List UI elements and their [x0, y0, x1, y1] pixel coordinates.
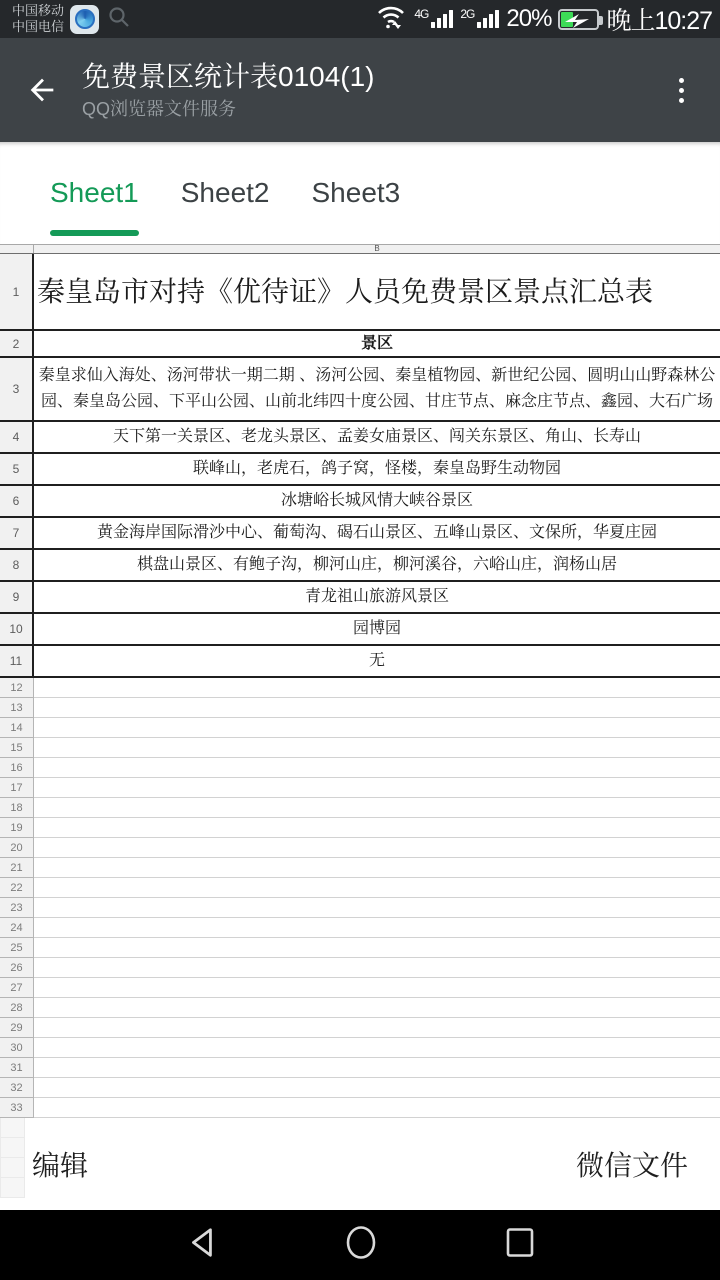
search-icon — [107, 5, 131, 34]
cell-B25[interactable] — [34, 938, 720, 957]
sheet-row-2: 2景区 — [0, 331, 720, 358]
row-number-23[interactable]: 23 — [0, 898, 34, 918]
status-time: 晚上10:27 — [606, 1, 712, 37]
signal-bars-4g: 4G — [414, 10, 453, 28]
cell-B4[interactable]: 天下第一关景区、老龙头景区、孟姜女庙景区、闯关东景区、角山、长寿山 — [34, 422, 720, 452]
wifi-icon — [375, 4, 407, 35]
sheet-row-7: 7黄金海岸国际滑沙中心、葡萄沟、碣石山景区、五峰山景区、文保所，华夏庄园 — [0, 518, 720, 550]
row-number-29[interactable]: 29 — [0, 1018, 34, 1038]
row-number-9[interactable]: 9 — [0, 582, 34, 612]
wechat-file-button[interactable]: 微信文件 — [576, 1144, 688, 1184]
row-number-22[interactable]: 22 — [0, 878, 34, 898]
row-number-20[interactable]: 20 — [0, 838, 34, 858]
clipped-row-headers — [0, 1118, 25, 1198]
sheet-row-18: 18 — [0, 798, 720, 818]
row-number-12[interactable]: 12 — [0, 678, 34, 698]
sheet-row-33: 33 — [0, 1098, 720, 1118]
cell-B12[interactable] — [34, 678, 720, 697]
row-number-18[interactable]: 18 — [0, 798, 34, 818]
sheet-row-26: 26 — [0, 958, 720, 978]
row-number-27[interactable]: 27 — [0, 978, 34, 998]
sheet-row-20: 20 — [0, 838, 720, 858]
phone-screen: 中国移动 中国电信 4G — [0, 0, 720, 1280]
cell-B19[interactable] — [34, 818, 720, 837]
sheet-tab-bar: Sheet1 Sheet2 Sheet3 — [0, 142, 720, 244]
sheet-row-8: 8棋盘山景区、有鲍子沟，柳河山庄，柳河溪谷，六峪山庄，润杨山居 — [0, 550, 720, 582]
row-number-8[interactable]: 8 — [0, 550, 34, 580]
row-number-25[interactable]: 25 — [0, 938, 34, 958]
cell-B8[interactable]: 棋盘山景区、有鲍子沟，柳河山庄，柳河溪谷，六峪山庄，润杨山居 — [34, 550, 720, 580]
row-number-15[interactable]: 15 — [0, 738, 34, 758]
tab-sheet1[interactable]: Sheet1 — [50, 142, 139, 244]
sheet-row-31: 31 — [0, 1058, 720, 1078]
network-4g-label: 4G — [414, 7, 428, 21]
sheet-row-13: 13 — [0, 698, 720, 718]
status-indicators: 4G 2G 20% 晚上10:27 — [375, 1, 712, 37]
row-number-14[interactable]: 14 — [0, 718, 34, 738]
row-number-7[interactable]: 7 — [0, 518, 34, 548]
sheet-row-11: 11无 — [0, 646, 720, 678]
cell-B23[interactable] — [34, 898, 720, 917]
row-number-24[interactable]: 24 — [0, 918, 34, 938]
cell-B3[interactable]: 秦皇求仙入海处、汤河带状一期二期 、汤河公园、秦皇植物园、新世纪公园、圆明山山野… — [34, 358, 720, 420]
sheet-row-32: 32 — [0, 1078, 720, 1098]
row-number-1[interactable]: 1 — [0, 254, 34, 329]
cell-B26[interactable] — [34, 958, 720, 977]
sheet-row-6: 6冰塘峪长城风情大峡谷景区 — [0, 486, 720, 518]
app-header: 免费景区统计表0104(1) QQ浏览器文件服务 — [0, 38, 720, 142]
row-number-30[interactable]: 30 — [0, 1038, 34, 1058]
row-number-31[interactable]: 31 — [0, 1058, 34, 1078]
row-number-3[interactable]: 3 — [0, 358, 34, 420]
row-number-10[interactable]: 10 — [0, 614, 34, 644]
sheet-row-15: 15 — [0, 738, 720, 758]
sheet-row-21: 21 — [0, 858, 720, 878]
cell-B7[interactable]: 黄金海岸国际滑沙中心、葡萄沟、碣石山景区、五峰山景区、文保所，华夏庄园 — [34, 518, 720, 548]
battery-percent: 20% — [506, 5, 551, 33]
edit-button[interactable]: 编辑 — [32, 1144, 88, 1184]
sheet-row-24: 24 — [0, 918, 720, 938]
document-title: 免费景区统计表0104(1) — [82, 59, 375, 95]
header-titles: 免费景区统计表0104(1) QQ浏览器文件服务 — [82, 59, 375, 121]
row-number-16[interactable]: 16 — [0, 758, 34, 778]
cell-B27[interactable] — [34, 978, 720, 997]
status-bar: 中国移动 中国电信 4G — [0, 0, 720, 38]
sheet-row-14: 14 — [0, 718, 720, 738]
spreadsheet: B 1秦皇岛市对持《优待证》人员免费景区景点汇总表2景区3秦皇求仙入海处、汤河带… — [0, 244, 720, 1118]
cell-B16[interactable] — [34, 758, 720, 777]
sheet-row-16: 16 — [0, 758, 720, 778]
nav-back-icon — [186, 1226, 220, 1260]
sheet-row-12: 12 — [0, 678, 720, 698]
qq-browser-logo — [75, 9, 95, 29]
nav-home-icon — [344, 1225, 378, 1261]
sheet-row-3: 3秦皇求仙入海处、汤河带状一期二期 、汤河公园、秦皇植物园、新世纪公园、圆明山山… — [0, 358, 720, 422]
tab-sheet2[interactable]: Sheet2 — [181, 142, 270, 244]
row-number-32[interactable]: 32 — [0, 1078, 34, 1098]
cell-B18[interactable] — [34, 798, 720, 817]
sheet-row-30: 30 — [0, 1038, 720, 1058]
qq-browser-app-icon — [70, 5, 99, 34]
tab-sheet2-label: Sheet2 — [181, 177, 270, 209]
sheet-row-9: 9青龙祖山旅游风景区 — [0, 582, 720, 614]
sheet-row-23: 23 — [0, 898, 720, 918]
cell-B13[interactable] — [34, 698, 720, 717]
row-number-26[interactable]: 26 — [0, 958, 34, 978]
sheet-row-10: 10园博园 — [0, 614, 720, 646]
cell-B11[interactable]: 无 — [34, 646, 720, 676]
signal-bars-2g: 2G — [460, 10, 499, 28]
cell-B33[interactable] — [34, 1098, 720, 1117]
back-arrow-icon — [25, 73, 59, 107]
cell-B14[interactable] — [34, 718, 720, 737]
cell-B22[interactable] — [34, 878, 720, 897]
cell-B17[interactable] — [34, 778, 720, 797]
sheet-row-25: 25 — [0, 938, 720, 958]
sheet-row-17: 17 — [0, 778, 720, 798]
cell-B21[interactable] — [34, 858, 720, 877]
active-tab-underline — [50, 230, 139, 236]
sheet-row-27: 27 — [0, 978, 720, 998]
row-number-17[interactable]: 17 — [0, 778, 34, 798]
sheet-row-28: 28 — [0, 998, 720, 1018]
row-number-4[interactable]: 4 — [0, 422, 34, 452]
row-number-21[interactable]: 21 — [0, 858, 34, 878]
nav-back-button[interactable] — [186, 1226, 220, 1265]
nav-recent-button[interactable] — [504, 1226, 536, 1265]
column-header-strip: B — [0, 244, 720, 254]
kebab-dot — [679, 78, 684, 83]
sheet-rows: 1秦皇岛市对持《优待证》人员免费景区景点汇总表2景区3秦皇求仙入海处、汤河带状一… — [0, 254, 720, 1118]
carrier-line1: 中国移动 — [12, 3, 64, 19]
nav-recent-icon — [504, 1226, 536, 1260]
tab-sheet1-label: Sheet1 — [50, 177, 139, 209]
android-nav-bar — [0, 1210, 720, 1280]
cell-B32[interactable] — [34, 1078, 720, 1097]
cell-B6[interactable]: 冰塘峪长城风情大峡谷景区 — [34, 486, 720, 516]
battery-charging-icon — [558, 9, 599, 30]
cell-B29[interactable] — [34, 1018, 720, 1037]
row-number-11[interactable]: 11 — [0, 646, 34, 676]
cell-B20[interactable] — [34, 838, 720, 857]
carrier-names: 中国移动 中国电信 — [12, 3, 64, 35]
sheet-row-19: 19 — [0, 818, 720, 838]
tab-sheet3-label: Sheet3 — [312, 177, 401, 209]
kebab-dot — [679, 88, 684, 93]
network-2g-label: 2G — [460, 7, 474, 21]
cell-B10[interactable]: 园博园 — [34, 614, 720, 644]
row-number-13[interactable]: 13 — [0, 698, 34, 718]
row-number-19[interactable]: 19 — [0, 818, 34, 838]
sheet-row-1: 1秦皇岛市对持《优待证》人员免费景区景点汇总表 — [0, 254, 720, 331]
document-subtitle: QQ浏览器文件服务 — [82, 97, 375, 121]
cell-B24[interactable] — [34, 918, 720, 937]
cell-B5[interactable]: 联峰山，老虎石，鸽子窝，怪楼，秦皇岛野生动物园 — [34, 454, 720, 484]
row-number-33[interactable]: 33 — [0, 1098, 34, 1118]
cell-B28[interactable] — [34, 998, 720, 1017]
more-menu-button[interactable] — [665, 68, 698, 113]
row-number-6[interactable]: 6 — [0, 486, 34, 516]
cell-B9[interactable]: 青龙祖山旅游风景区 — [34, 582, 720, 612]
nav-home-button[interactable] — [344, 1225, 378, 1266]
charging-bolt-icon — [564, 13, 590, 29]
cell-B30[interactable] — [34, 1038, 720, 1057]
row-number-28[interactable]: 28 — [0, 998, 34, 1018]
cell-B1[interactable]: 秦皇岛市对持《优待证》人员免费景区景点汇总表 — [34, 254, 720, 329]
sheet-row-29: 29 — [0, 1018, 720, 1038]
row-number-2[interactable]: 2 — [0, 331, 34, 356]
row-number-5[interactable]: 5 — [0, 454, 34, 484]
kebab-dot — [679, 98, 684, 103]
column-b-header[interactable]: B — [34, 245, 720, 253]
corner-cell — [0, 245, 34, 253]
bottom-toolbar: 编辑 微信文件 — [0, 1118, 720, 1210]
sheet-row-4: 4天下第一关景区、老龙头景区、孟姜女庙景区、闯关东景区、角山、长寿山 — [0, 422, 720, 454]
tab-sheet3[interactable]: Sheet3 — [312, 142, 401, 244]
sheet-row-5: 5联峰山，老虎石，鸽子窝，怪楼，秦皇岛野生动物园 — [0, 454, 720, 486]
back-button[interactable] — [22, 70, 62, 110]
sheet-row-22: 22 — [0, 878, 720, 898]
cell-B2[interactable]: 景区 — [34, 331, 720, 356]
cell-B31[interactable] — [34, 1058, 720, 1077]
cell-B15[interactable] — [34, 738, 720, 757]
carrier-line2: 中国电信 — [12, 19, 64, 35]
